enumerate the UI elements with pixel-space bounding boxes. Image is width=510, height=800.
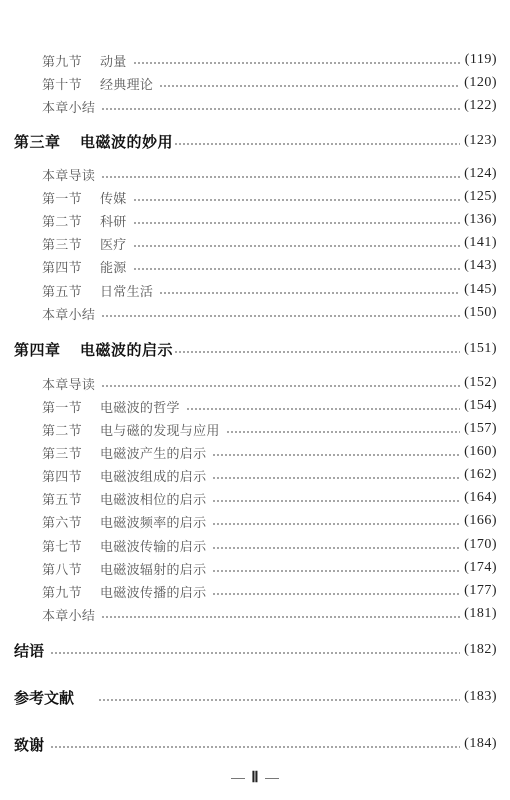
- toc-page-number: (151): [464, 341, 497, 357]
- toc-entry-title: 参考文献: [14, 689, 74, 707]
- dot-leader: [133, 62, 461, 64]
- toc-entry-title: 本章小结: [42, 609, 95, 624]
- toc-page-number: (125): [464, 189, 497, 205]
- toc-entry-title: 电磁波传输的启示: [100, 540, 206, 555]
- toc-page-number: (183): [464, 689, 497, 705]
- toc-section-entry[interactable]: 第三节电磁波产生的启示(160): [0, 442, 510, 462]
- toc-page-number: (181): [464, 606, 497, 622]
- toc-entry-number: 第九节: [42, 51, 100, 70]
- toc-entry-label: 第四节电磁波组成的启示: [0, 466, 206, 485]
- footer-dash-right: [265, 778, 279, 779]
- toc-entry-title: 电磁波的启示: [80, 341, 173, 359]
- toc-page-number: (141): [464, 235, 497, 251]
- toc-entry-label: 本章导读: [0, 374, 95, 393]
- toc-entry-title: 本章小结: [42, 101, 95, 116]
- toc-entry-label: 第二节科研: [0, 211, 127, 230]
- toc-entry-number: 第六节: [42, 512, 100, 531]
- toc-entry-label: 第六节电磁波频率的启示: [0, 512, 206, 531]
- toc-page-number: (182): [464, 642, 497, 658]
- toc-section-entry[interactable]: 本章小结(181): [0, 604, 510, 624]
- dot-leader: [101, 616, 460, 618]
- toc-section-entry[interactable]: 第八节电磁波辐射的启示(174): [0, 558, 510, 578]
- toc-page-number: (150): [464, 305, 497, 321]
- toc-section-entry[interactable]: 第二节科研(136): [0, 210, 510, 230]
- toc-section-entry[interactable]: 第四节电磁波组成的启示(162): [0, 465, 510, 485]
- toc-page-number: (184): [464, 736, 497, 752]
- dot-leader: [101, 385, 460, 387]
- toc-section-entry[interactable]: 第四节能源(143): [0, 256, 510, 276]
- dot-leader: [212, 593, 460, 595]
- toc-entry-label: 第九节动量: [0, 51, 127, 70]
- dot-leader: [101, 315, 460, 317]
- dot-leader: [50, 746, 460, 748]
- toc-page-number: (162): [464, 467, 497, 483]
- footer-dash-left: [231, 778, 245, 779]
- dot-leader: [133, 245, 461, 247]
- dot-leader: [212, 500, 460, 502]
- toc-page-number: (123): [464, 133, 497, 149]
- toc-section-entry[interactable]: 第二节电与磁的发现与应用(157): [0, 419, 510, 439]
- toc-entry-label: 第九节电磁波传播的启示: [0, 582, 206, 601]
- toc-page-number: (145): [464, 282, 497, 298]
- toc-section-entry[interactable]: 第九节电磁波传播的启示(177): [0, 581, 510, 601]
- toc-entry-number: 第八节: [42, 559, 100, 578]
- dot-leader: [98, 699, 460, 701]
- toc-entry-title: 动量: [100, 55, 127, 70]
- footer-page-number: Ⅱ: [251, 770, 258, 786]
- toc-page-number: (124): [464, 166, 497, 182]
- toc-entry-title: 本章导读: [42, 169, 95, 184]
- toc-entry-label: 第四章电磁波的启示: [0, 339, 173, 360]
- toc-backmatter-entry[interactable]: 致谢(184): [0, 734, 510, 754]
- dot-leader: [101, 176, 460, 178]
- dot-leader: [133, 222, 461, 224]
- dot-leader: [133, 268, 461, 270]
- dot-leader: [212, 454, 460, 456]
- toc-section-entry[interactable]: 第七节电磁波传输的启示(170): [0, 535, 510, 555]
- dot-leader: [159, 85, 460, 87]
- toc-entry-number: 第四章: [14, 339, 80, 360]
- toc-page-number: (177): [464, 583, 497, 599]
- toc-entry-number: 第一节: [42, 188, 100, 207]
- toc-section-entry[interactable]: 第五节日常生活(145): [0, 280, 510, 300]
- toc-entry-label: 本章小结: [0, 97, 95, 116]
- toc-entry-label: 第二节电与磁的发现与应用: [0, 420, 220, 439]
- toc-entry-title: 电磁波的妙用: [80, 133, 173, 151]
- dot-leader: [186, 408, 460, 410]
- toc-entry-number: 第三节: [42, 443, 100, 462]
- toc-entry-label: 参考文献: [0, 687, 92, 708]
- toc-page-number: (154): [464, 398, 497, 414]
- dot-leader: [212, 477, 460, 479]
- toc-entry-title: 电磁波产生的启示: [100, 447, 206, 462]
- toc-page-number: (160): [464, 444, 497, 460]
- toc-entry-title: 本章小结: [42, 308, 95, 323]
- dot-leader: [159, 292, 460, 294]
- dot-leader: [226, 431, 460, 433]
- dot-leader: [101, 108, 460, 110]
- toc-entry-label: 本章小结: [0, 304, 95, 323]
- toc-entry-label: 结语: [0, 640, 44, 661]
- toc-entry-title: 结语: [14, 642, 44, 660]
- dot-leader: [133, 199, 461, 201]
- dot-leader: [50, 652, 460, 654]
- toc-section-entry[interactable]: 第一节传媒(125): [0, 187, 510, 207]
- toc-entry-number: 第三节: [42, 234, 100, 253]
- toc-entry-label: 本章导读: [0, 165, 95, 184]
- toc-section-entry[interactable]: 第三节医疗(141): [0, 233, 510, 253]
- toc-backmatter-entry[interactable]: 参考文献(183): [0, 687, 510, 707]
- dot-leader: [212, 547, 460, 549]
- toc-entry-title: 电磁波相位的启示: [100, 493, 206, 508]
- toc-page-number: (174): [464, 560, 497, 576]
- toc-entry-label: 第一节电磁波的哲学: [0, 397, 180, 416]
- dot-leader: [212, 570, 460, 572]
- toc-page-number: (119): [465, 52, 497, 68]
- toc-entry-number: 第二节: [42, 420, 100, 439]
- toc-backmatter-entry[interactable]: 结语(182): [0, 640, 510, 660]
- toc-entry-number: 第一节: [42, 397, 100, 416]
- toc-entry-title: 电磁波辐射的启示: [100, 563, 206, 578]
- toc-entry-title: 电磁波组成的启示: [100, 470, 206, 485]
- toc-entry-label: 第五节日常生活: [0, 281, 153, 300]
- toc-page-number: (122): [464, 98, 497, 114]
- toc-entry-number: 第三章: [14, 131, 80, 152]
- toc-entry-title: 电磁波传播的启示: [100, 586, 206, 601]
- toc-entry-label: 第十节经典理论: [0, 74, 153, 93]
- toc-entry-label: 第三章电磁波的妙用: [0, 131, 173, 152]
- toc-entry-title: 日常生活: [100, 285, 153, 300]
- toc-chapter-entry[interactable]: 第三章电磁波的妙用(123): [0, 131, 510, 151]
- toc-section-entry[interactable]: 本章导读(152): [0, 373, 510, 393]
- toc-entry-label: 本章小结: [0, 605, 95, 624]
- toc-entry-label: 第三节电磁波产生的启示: [0, 443, 206, 462]
- toc-page-number: (152): [464, 375, 497, 391]
- toc-entry-label: 第三节医疗: [0, 234, 127, 253]
- toc-chapter-entry[interactable]: 第四章电磁波的启示(151): [0, 339, 510, 359]
- toc-entry-title: 能源: [100, 261, 127, 276]
- toc-page-number: (143): [464, 258, 497, 274]
- toc-section-entry[interactable]: 第六节电磁波频率的启示(166): [0, 511, 510, 531]
- toc-section-entry[interactable]: 第十节经典理论(120): [0, 73, 510, 93]
- toc-entry-label: 第七节电磁波传输的启示: [0, 536, 206, 555]
- dot-leader: [174, 143, 460, 145]
- toc-entry-number: 第二节: [42, 211, 100, 230]
- toc-entry-title: 本章导读: [42, 378, 95, 393]
- toc-entry-title: 电磁波频率的启示: [100, 516, 206, 531]
- toc-section-entry[interactable]: 本章小结(122): [0, 96, 510, 116]
- page-footer: Ⅱ: [0, 768, 510, 787]
- toc-entry-label: 第五节电磁波相位的启示: [0, 489, 206, 508]
- toc-entry-number: 第九节: [42, 582, 100, 601]
- toc-entry-title: 经典理论: [100, 78, 153, 93]
- toc-entry-title: 科研: [100, 215, 127, 230]
- toc-entry-number: 第四节: [42, 466, 100, 485]
- toc-entry-number: 第五节: [42, 489, 100, 508]
- toc-entry-number: 第四节: [42, 257, 100, 276]
- toc-entry-title: 电与磁的发现与应用: [100, 424, 220, 439]
- toc-entry-number: 第五节: [42, 281, 100, 300]
- toc-section-entry[interactable]: 本章小结(150): [0, 303, 510, 323]
- toc-entry-label: 第四节能源: [0, 257, 127, 276]
- dot-leader: [212, 523, 460, 525]
- toc-page-number: (170): [464, 537, 497, 553]
- toc-entry-label: 致谢: [0, 734, 44, 755]
- toc-section-entry[interactable]: 第九节动量(119): [0, 50, 510, 70]
- toc-page-number: (164): [464, 490, 497, 506]
- toc-page-number: (136): [464, 212, 497, 228]
- toc-entry-label: 第一节传媒: [0, 188, 127, 207]
- toc-entry-title: 致谢: [14, 736, 44, 754]
- toc-page-number: (120): [464, 75, 497, 91]
- toc-section-entry[interactable]: 第一节电磁波的哲学(154): [0, 396, 510, 416]
- toc-entry-number: 第十节: [42, 74, 100, 93]
- toc-entry-title: 医疗: [100, 238, 127, 253]
- dot-leader: [174, 351, 460, 353]
- toc-entry-label: 第八节电磁波辐射的启示: [0, 559, 206, 578]
- toc-entry-title: 传媒: [100, 192, 127, 207]
- toc-page-number: (166): [464, 513, 497, 529]
- toc-section-entry[interactable]: 本章导读(124): [0, 164, 510, 184]
- toc-section-entry[interactable]: 第五节电磁波相位的启示(164): [0, 488, 510, 508]
- toc-entry-title: 电磁波的哲学: [100, 401, 180, 416]
- toc-entry-number: 第七节: [42, 536, 100, 555]
- toc-page-number: (157): [464, 421, 497, 437]
